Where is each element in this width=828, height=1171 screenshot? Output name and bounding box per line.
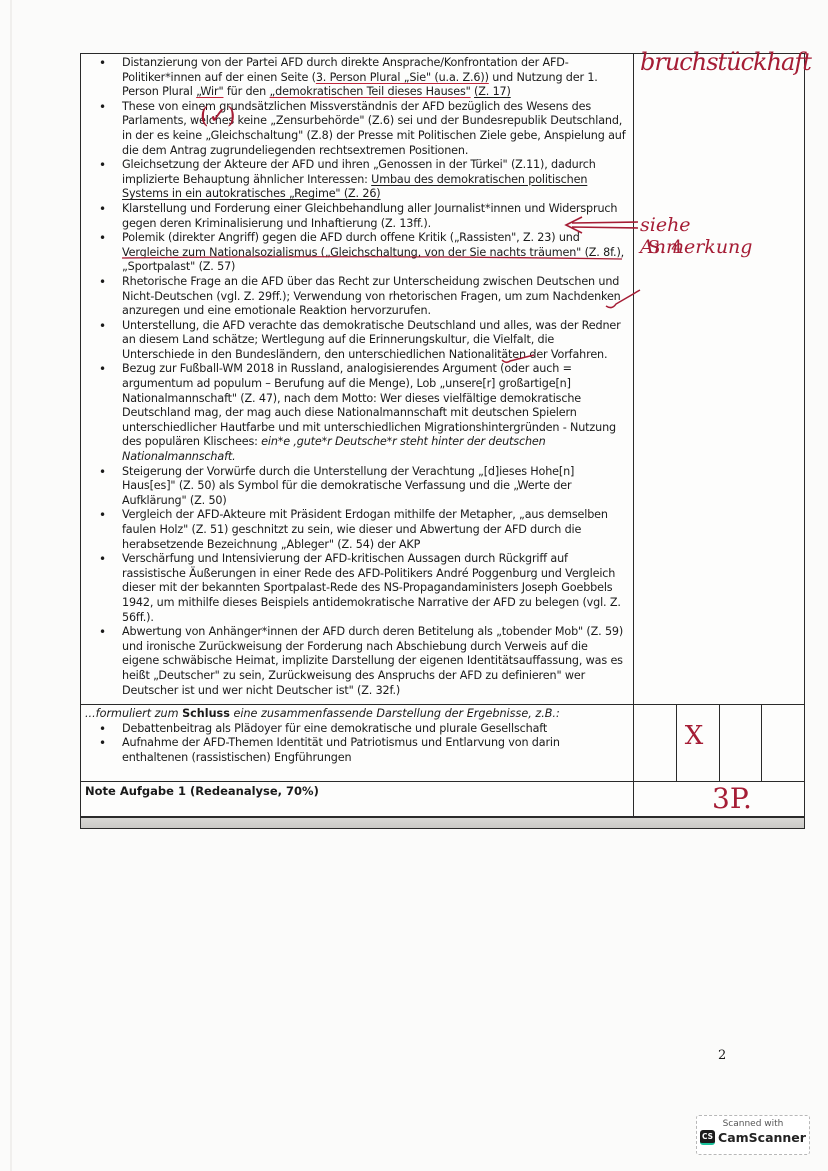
analysis-bullet: Rhetorische Frage an die AFD über das Re… xyxy=(81,275,633,319)
page-number: 2 xyxy=(718,1048,726,1063)
scan-shadow-strip xyxy=(81,817,804,828)
conclusion-bullet-list: Debattenbeitrag als Plädoyer für eine de… xyxy=(81,722,633,766)
analysis-bullet: Abwertung von Anhänger*innen der AFD dur… xyxy=(81,625,633,698)
note-row: Note Aufgabe 1 (Redeanalyse, 70%) 3P. xyxy=(81,782,804,817)
analysis-bullet: Gleichsetzung der Akteure der AFD und ih… xyxy=(81,158,633,202)
grading-table: Distanzierung von der Partei AFD durch d… xyxy=(80,53,805,829)
conclusion-criteria-cell: ...formuliert zum Schluss eine zusammenf… xyxy=(81,705,634,781)
handwritten-page-ref: S. 4 xyxy=(648,237,683,258)
conclusion-row: ...formuliert zum Schluss eine zusammenf… xyxy=(81,705,804,782)
camscanner-logo-icon: CS xyxy=(700,1130,715,1145)
analysis-bullet: Steigerung der Vorwürfe durch die Unters… xyxy=(81,465,633,509)
analysis-bullet: Klarstellung und Forderung einer Gleichb… xyxy=(81,202,633,231)
analysis-bullet: Verschärfung und Intensivierung der AFD-… xyxy=(81,552,633,625)
analysis-row: Distanzierung von der Partei AFD durch d… xyxy=(81,54,804,705)
note-score-cell: 3P. xyxy=(634,782,804,816)
analysis-criteria-cell: Distanzierung von der Partei AFD durch d… xyxy=(81,54,634,704)
handwritten-score: 3P. xyxy=(712,782,752,815)
handwritten-cross: X xyxy=(685,721,704,751)
analysis-bullet-list: Distanzierung von der Partei AFD durch d… xyxy=(81,56,633,698)
score-grid-cell: X xyxy=(634,705,804,781)
handwritten-underline xyxy=(122,255,622,261)
handwritten-tick-icon-2 xyxy=(604,288,644,312)
watermark-caption: Scanned with xyxy=(697,1119,809,1129)
handwritten-tick-icon xyxy=(500,352,540,366)
comment-cell: bruchstückhaft siehe Anmerkung S. 4 xyxy=(634,54,804,704)
note-title: Note Aufgabe 1 (Redeanalyse, 70%) xyxy=(81,782,633,816)
analysis-bullet: Unterstellung, die AFD verachte das demo… xyxy=(81,319,633,363)
analysis-bullet: Bezug zur Fußball-WM 2018 in Russland, a… xyxy=(81,362,633,464)
analysis-bullet: Vergleich der AFD-Akteure mit Präsident … xyxy=(81,508,633,552)
watermark-brand: CamScanner xyxy=(718,1130,806,1145)
analysis-bullet: These von einem grundsätzlichen Missvers… xyxy=(81,100,633,158)
conclusion-bullet: Aufnahme der AFD-Themen Identität und Pa… xyxy=(81,736,633,765)
handwritten-checkmark: (✓) xyxy=(200,104,236,129)
analysis-bullet: Polemik (direkter Angriff) gegen die AFD… xyxy=(81,231,633,275)
score-box-2: X xyxy=(677,705,720,781)
conclusion-intro: ...formuliert zum Schluss eine zusammenf… xyxy=(81,707,633,722)
page-edge xyxy=(10,0,12,1171)
analysis-bullet: Distanzierung von der Partei AFD durch d… xyxy=(81,56,633,100)
conclusion-bullet: Debattenbeitrag als Plädoyer für eine de… xyxy=(81,722,633,737)
score-box-4 xyxy=(762,705,804,781)
note-label-cell: Note Aufgabe 1 (Redeanalyse, 70%) xyxy=(81,782,634,816)
camscanner-watermark: Scanned with CS CamScanner xyxy=(696,1115,810,1155)
handwritten-comment-fragmentary: bruchstückhaft xyxy=(640,48,811,76)
score-box-3 xyxy=(720,705,763,781)
score-grid: X xyxy=(634,705,804,781)
handwritten-arrow-icon xyxy=(560,214,640,236)
score-box-1 xyxy=(634,705,677,781)
